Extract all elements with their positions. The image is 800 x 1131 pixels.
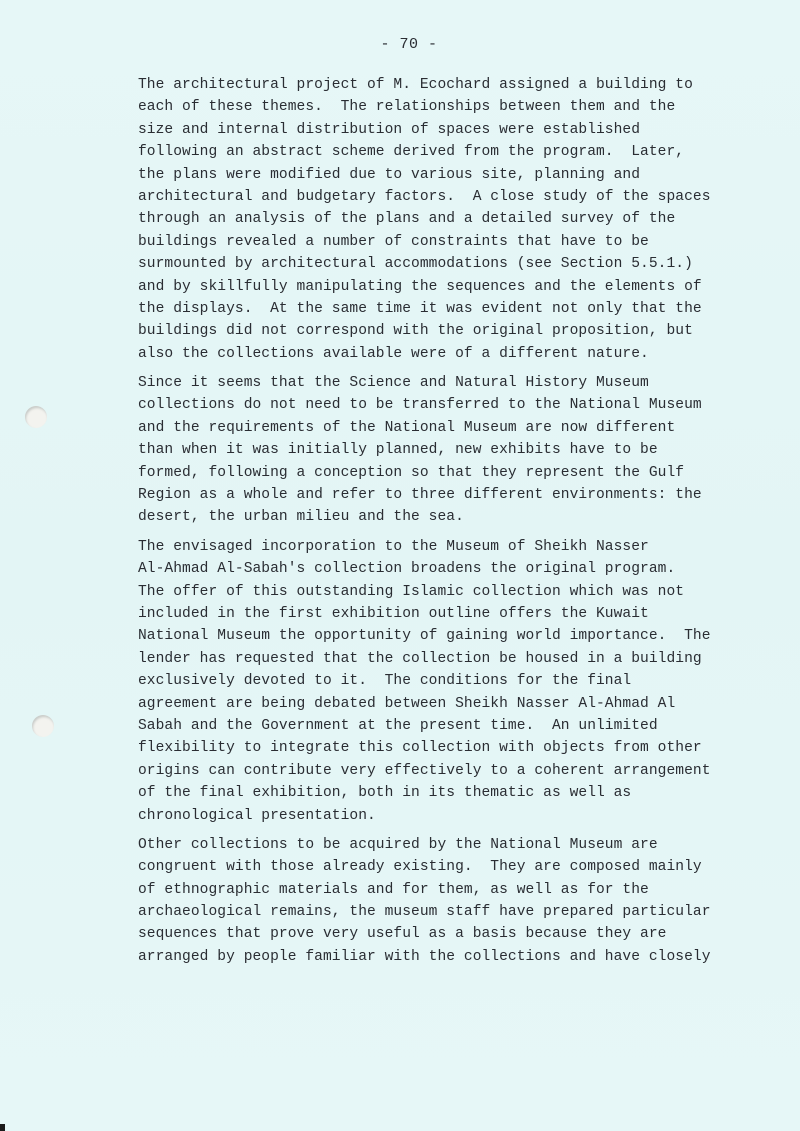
text-line: formed, following a conception so that t… [138, 462, 738, 484]
text-line: Other collections to be acquired by the … [138, 834, 738, 856]
body-text: The architectural project of M. Ecochard… [138, 74, 738, 975]
text-line: through an analysis of the plans and a d… [138, 208, 738, 230]
paragraph: Other collections to be acquired by the … [138, 834, 738, 968]
page-number: - 70 - [0, 36, 800, 53]
text-line: chronological presentation. [138, 805, 738, 827]
text-line: exclusively devoted to it. The condition… [138, 670, 738, 692]
text-line: Region as a whole and refer to three dif… [138, 484, 738, 506]
text-line: flexibility to integrate this collection… [138, 737, 738, 759]
text-line: arranged by people familiar with the col… [138, 946, 738, 968]
text-line: origins can contribute very effectively … [138, 760, 738, 782]
text-line: than when it was initially planned, new … [138, 439, 738, 461]
text-line: each of these themes. The relationships … [138, 96, 738, 118]
text-line: architectural and budgetary factors. A c… [138, 186, 738, 208]
punch-hole-icon [25, 406, 47, 428]
text-line: Sabah and the Government at the present … [138, 715, 738, 737]
text-line: surmounted by architectural accommodatio… [138, 253, 738, 275]
text-line: sequences that prove very useful as a ba… [138, 923, 738, 945]
text-line: following an abstract scheme derived fro… [138, 141, 738, 163]
text-line: The architectural project of M. Ecochard… [138, 74, 738, 96]
text-line: desert, the urban milieu and the sea. [138, 506, 738, 528]
text-line: lender has requested that the collection… [138, 648, 738, 670]
text-line: Al-Ahmad Al-Sabah's collection broadens … [138, 558, 738, 580]
text-line: National Museum the opportunity of gaini… [138, 625, 738, 647]
text-line: included in the first exhibition outline… [138, 603, 738, 625]
paragraph: Since it seems that the Science and Natu… [138, 372, 738, 529]
text-line: size and internal distribution of spaces… [138, 119, 738, 141]
text-line: collections do not need to be transferre… [138, 394, 738, 416]
text-line: agreement are being debated between Shei… [138, 693, 738, 715]
scan-mark [0, 1124, 5, 1131]
paragraph: The architectural project of M. Ecochard… [138, 74, 738, 365]
text-line: and by skillfully manipulating the seque… [138, 276, 738, 298]
text-line: The envisaged incorporation to the Museu… [138, 536, 738, 558]
text-line: The offer of this outstanding Islamic co… [138, 581, 738, 603]
text-line: of ethnographic materials and for them, … [138, 879, 738, 901]
text-line: and the requirements of the National Mus… [138, 417, 738, 439]
text-line: the displays. At the same time it was ev… [138, 298, 738, 320]
text-line: archaeological remains, the museum staff… [138, 901, 738, 923]
text-line: the plans were modified due to various s… [138, 164, 738, 186]
text-line: of the final exhibition, both in its the… [138, 782, 738, 804]
text-line: buildings did not correspond with the or… [138, 320, 738, 342]
text-line: congruent with those already existing. T… [138, 856, 738, 878]
text-line: buildings revealed a number of constrain… [138, 231, 738, 253]
text-line: Since it seems that the Science and Natu… [138, 372, 738, 394]
punch-hole-icon [32, 715, 54, 737]
paragraph: The envisaged incorporation to the Museu… [138, 536, 738, 827]
text-line: also the collections available were of a… [138, 343, 738, 365]
document-page: - 70 - The architectural project of M. E… [0, 0, 800, 1131]
